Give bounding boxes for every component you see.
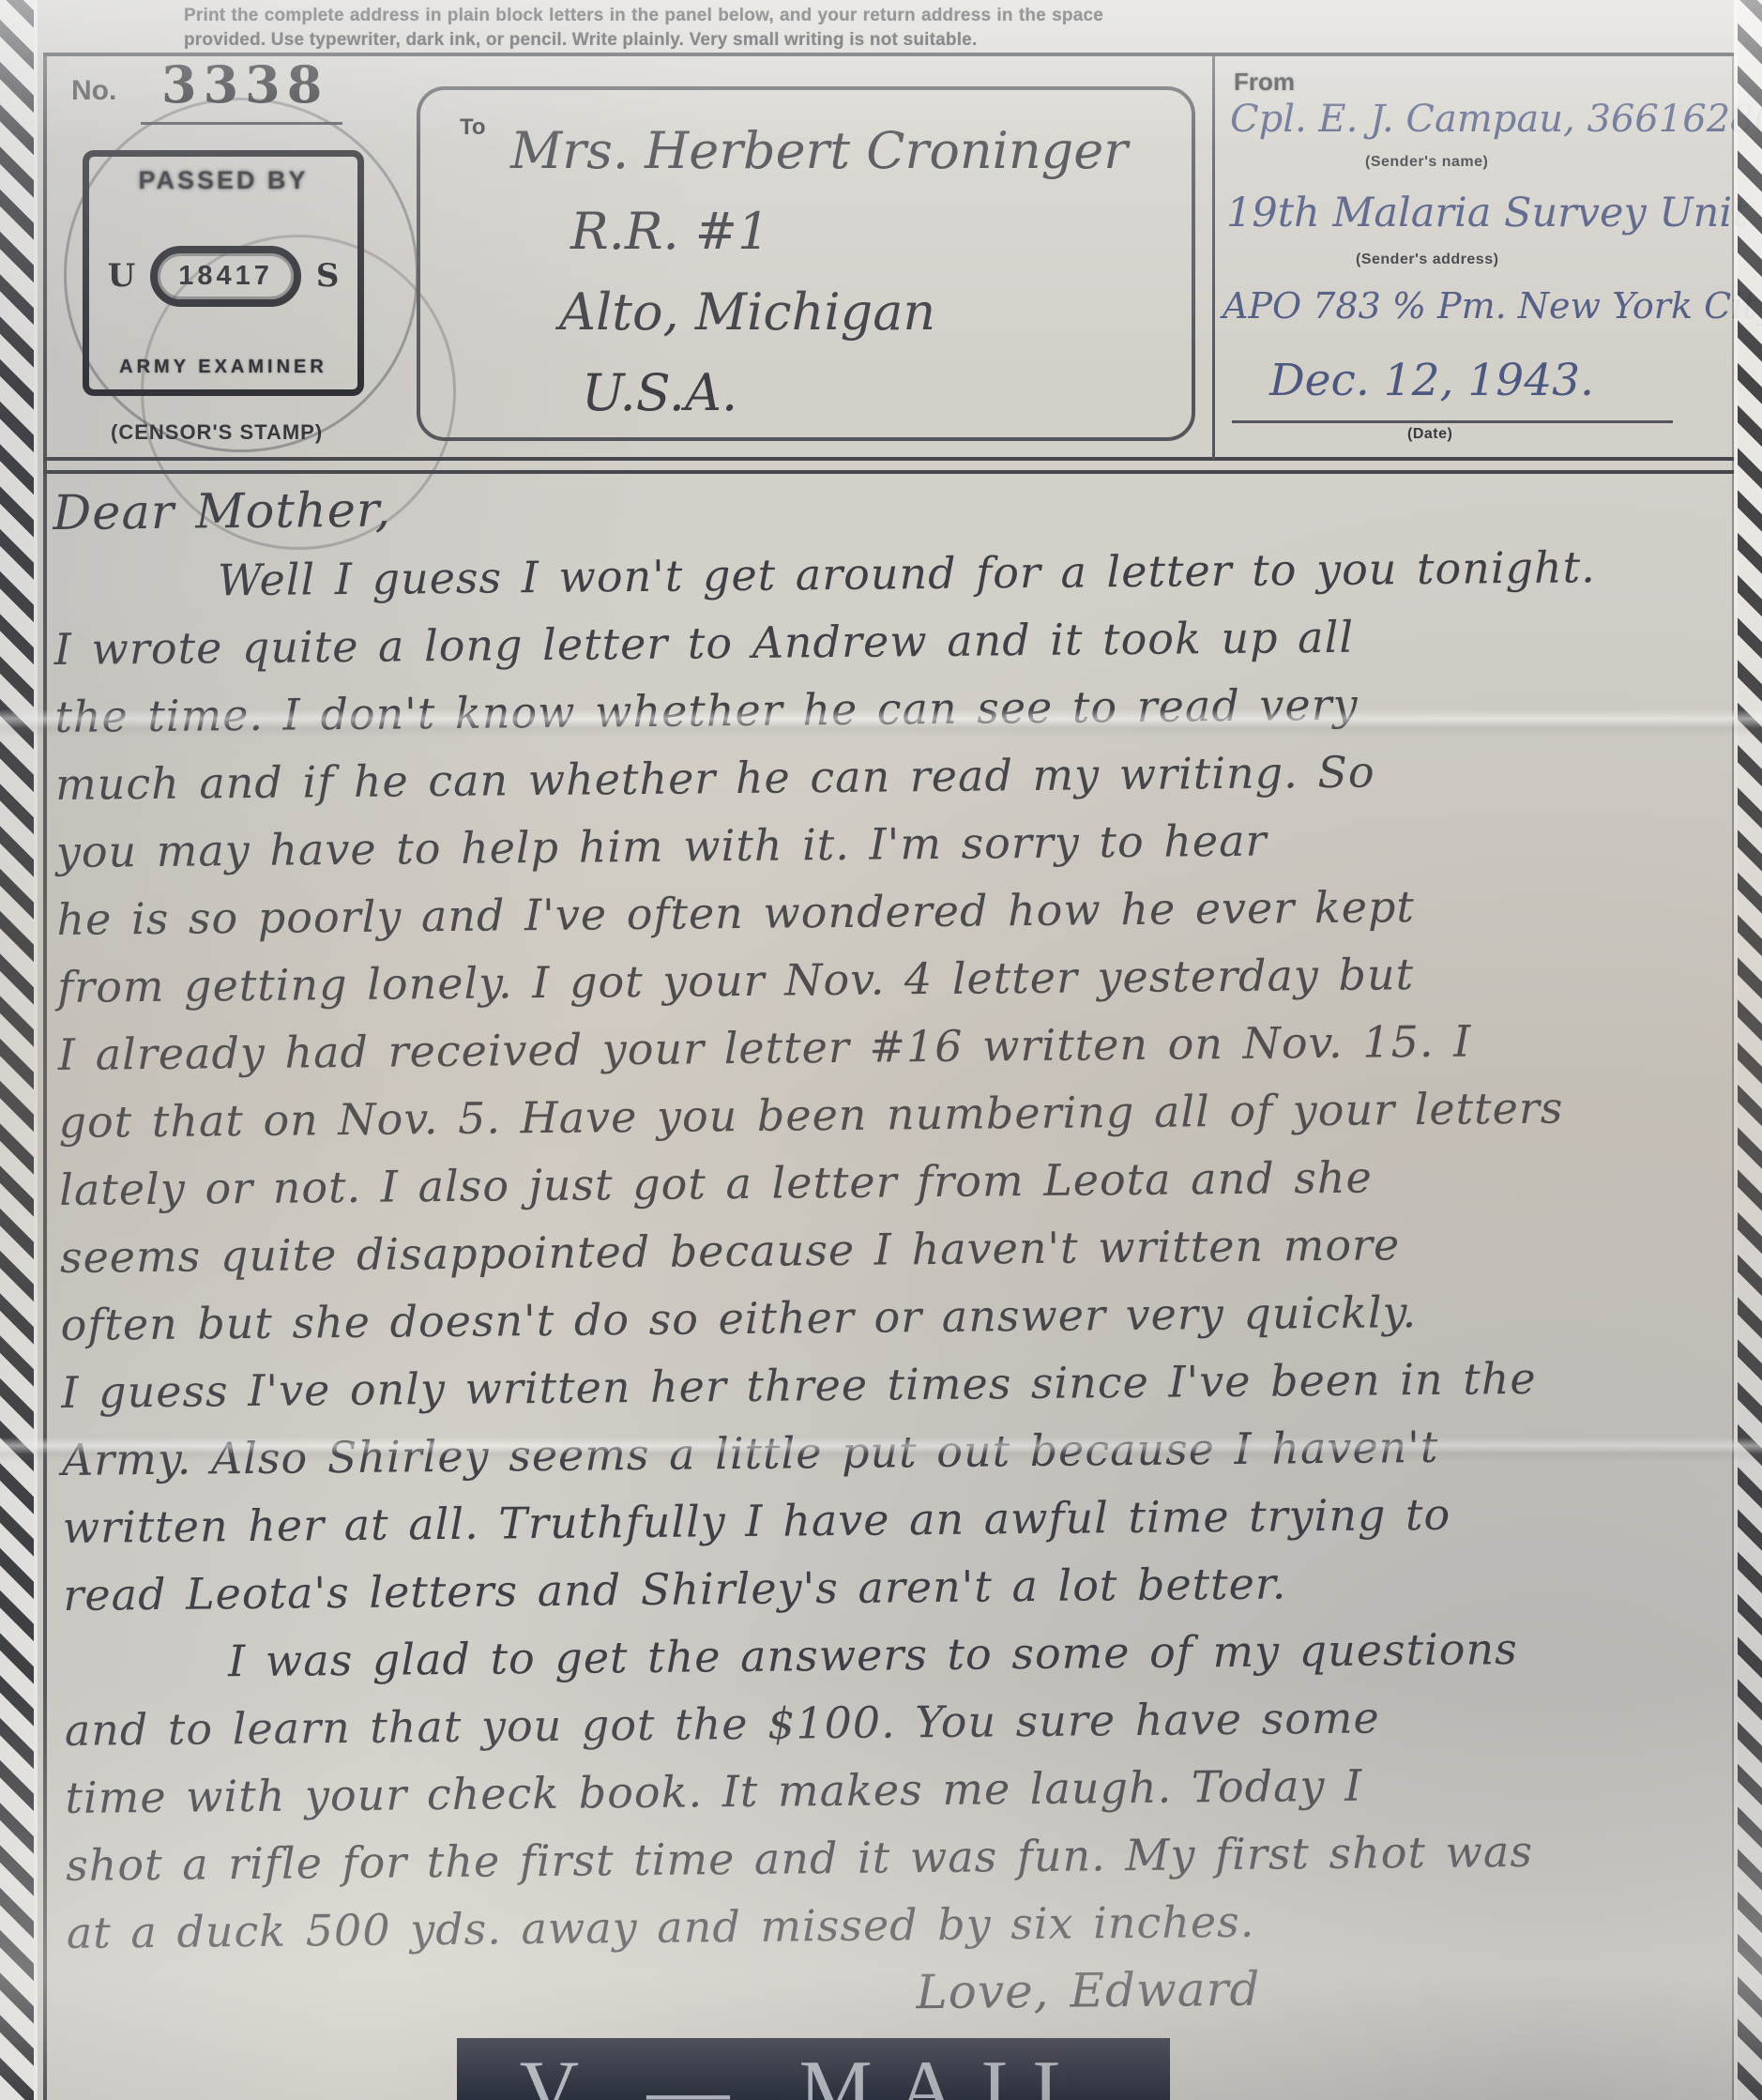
- vmail-letter-photo: Print the complete address in plain bloc…: [0, 0, 1762, 2100]
- vmail-logo-text: V — MAIL: [520, 2049, 1108, 2100]
- form-number-value: 3338: [161, 54, 328, 114]
- sender-unit-caption: (Sender's address): [1356, 251, 1498, 268]
- date-caption: (Date): [1407, 426, 1452, 443]
- vmail-logo-box: V — MAIL: [457, 2038, 1170, 2100]
- form-number-label: No.: [71, 75, 116, 107]
- censor-stamp-box: PASSED BY U 18417 S ARMY EXAMINER: [83, 150, 364, 396]
- to-address-line: Mrs. Herbert Croninger: [510, 111, 1192, 191]
- examiner-number: 18417: [150, 246, 301, 307]
- film-edge-left: [0, 0, 38, 2100]
- to-address-line: Alto, Michigan: [559, 272, 1192, 353]
- army-examiner-text: ARMY EXAMINER: [119, 357, 327, 378]
- sender-unit: 19th Malaria Survey Unit: [1226, 190, 1748, 236]
- sender-name: Cpl. E. J. Campau, 36616280: [1230, 98, 1762, 141]
- to-address-line: U.S.A.: [582, 353, 1192, 434]
- from-section: From Cpl. E. J. Campau, 36616280 (Sender…: [1212, 56, 1738, 460]
- to-address-box: To Mrs. Herbert Croninger R.R. #1 Alto, …: [417, 86, 1195, 441]
- date-underline: [1232, 420, 1673, 423]
- letter-body: Dear Mother, Well I guess I won't get ar…: [53, 464, 1752, 2034]
- examiner-letter-s: S: [316, 257, 340, 295]
- passed-by-text: PASSED BY: [138, 166, 308, 195]
- from-label: From: [1234, 68, 1295, 97]
- examiner-letter-u: U: [108, 257, 136, 295]
- form-left-rule: [43, 53, 47, 2100]
- film-edge-right: [1734, 0, 1762, 2100]
- sender-name-caption: (Sender's name): [1365, 154, 1488, 171]
- signature: Love, Edward: [916, 1951, 1752, 2027]
- header-instructions: Print the complete address in plain bloc…: [184, 4, 1103, 52]
- to-address-line: R.R. #1: [570, 191, 1192, 272]
- censor-stamp-caption: (CENSOR'S STAMP): [111, 420, 323, 445]
- letter-date: Dec. 12, 1943.: [1269, 355, 1594, 406]
- sender-apo-address: APO 783 % Pm. New York City: [1223, 285, 1762, 327]
